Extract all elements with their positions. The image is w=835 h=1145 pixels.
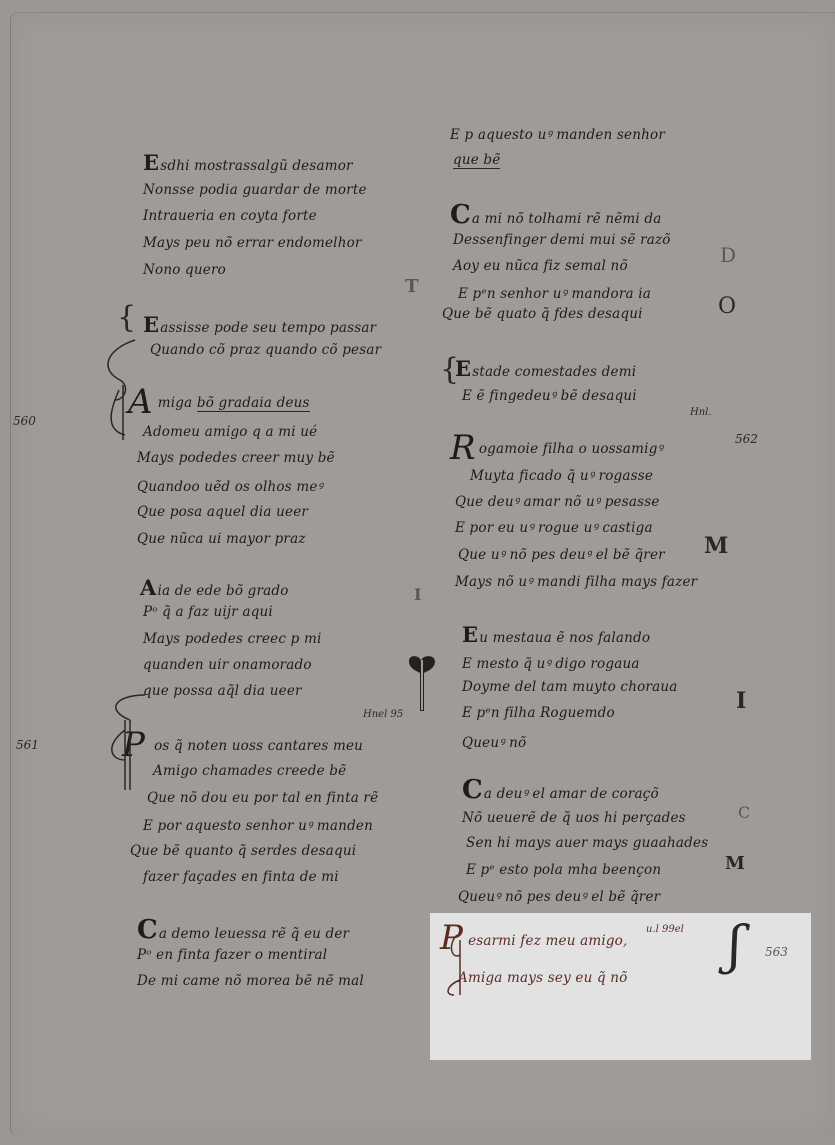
verse-line: E pᵉn filha Roguemdo [462,705,615,721]
verse-line: que bẽ [453,152,500,169]
margin-mark: I [736,688,746,714]
verse-line: Mays podedes creer muy bẽ [137,450,335,466]
margin-mark: M [704,533,728,559]
verse-line: E pᵉ esto pola mha beençon [466,862,661,878]
verse-line: Doyme del tam muyto choraua [462,679,677,695]
verse-line: Ca mi nõ tolhami rẽ nẽmi da [450,200,662,230]
folio-number: 561 [16,738,39,752]
verse-line: Nonsse podia guardar de morte [143,182,367,198]
margin-mark: O [718,294,736,319]
verse-line: E mesto q̃ uꝰ digo rogaua [462,654,640,672]
verse-line: Intraueria en coyta forte [143,208,317,224]
verse-line: Queuꝰ nõ pes deuꝰ el bẽ q̃rer [458,887,660,905]
verse-line: Que deuꝰ amar nõ uꝰ pesasse [455,492,660,510]
verse-line: Pᵒ en finta fazer o mentiral [137,947,327,963]
verse-line: Eu mestaua ẽ nos falando [462,622,650,647]
verse-line: E por eu uꝰ rogue uꝰ castiga [455,518,653,536]
verse-line: Pᵒ q̃ a faz uijr aqui [143,604,273,620]
margin-note: u.l 99el [646,924,684,935]
verse-line: Que uꝰ nõ pes deuꝰ el bẽ q̃rer [458,545,665,563]
verse-line: Que posa aquel dia ueer [137,504,308,520]
verse-line: Que bẽ quato q̃ fdes desaqui [442,306,643,322]
verse-line: Sen hi mays auer mays guaahades [466,835,708,851]
verse-line: E por aquesto senhor uꝰ manden [143,816,373,834]
verse-line: Rogamoie filha o uossamigꝰ [450,428,663,468]
verse-line: E pᵉn senhor uꝰ mandora ia [458,284,651,302]
verse-line: Aoy eu nũca fiz semal nõ [453,258,628,274]
verse-line: Estade comestades demi [455,356,636,381]
verse-line: Amiga bõ gradaia deus [128,382,310,422]
folio-number: 563 [765,945,788,959]
verse-line: Que nõ dou eu por tal en finta rẽ [147,790,378,806]
paragraph-mark: ʃ [728,916,742,976]
verse-line: Nõ ueuerẽ de q̃ uos hi perçades [462,810,686,826]
verse-line: Ca demo leuessa rẽ q̃ eu der [137,915,349,945]
verse-line: Muyta ficado q̃ uꝰ rogasse [470,466,653,484]
margin-note: Hnel 95 [363,709,403,720]
margin-mark: I [414,585,421,604]
folio-number: 560 [13,414,36,428]
flourish-icon [442,930,492,1005]
margin-mark: C [738,803,750,822]
verse-line: Queuꝰ nõ [462,733,526,751]
verse-line: Amigo chamades creede bẽ [153,763,346,779]
margin-mark: T [405,276,418,297]
verse-line: Aia de ede bõ grado [140,575,289,600]
verse-line: Eassisse pode seu tempo passar [143,312,376,337]
verse-line: Mays nõ uꝰ mandi filha mays fazer [455,572,697,590]
verse-line: Esdhi mostrassalgũ desamor [143,150,353,175]
verse-line: Mays podedes creec p mi [143,631,321,647]
verse-line: Ca deuꝰ el amar de coraçõ [462,775,659,805]
verse-line: E ẽ fingedeuꝰ bẽ desaqui [462,386,637,404]
verse-line: E p aquesto uꝰ manden senhor [450,125,665,143]
verse-line: Que nũca ui mayor praz [137,531,306,547]
verse-line: Dessenfinger demi mui sẽ razõ [453,232,671,248]
verse-line: Nono quero [143,262,226,278]
flourish-icon [95,690,155,800]
ink-blot-ornament [407,655,437,715]
folio-number: 562 [735,432,758,446]
verse-line: Pos q̃ noten uoss cantares meu [122,725,363,765]
verse-line: quanden uir onamorado [143,657,312,673]
flourish-icon [95,330,155,460]
verse-line: Adomeu amigo q a mi ué [143,424,317,440]
margin-mark: D [720,243,736,267]
verse-line: De mi came nõ morea bẽ nẽ mal [137,973,364,989]
verse-line: Quandoo uẽd os olhos meꝰ [137,477,323,495]
margin-mark: M [725,853,745,874]
verse-line: Quando cõ praz quando cõ pesar [150,342,381,358]
verse-line: Que bẽ quanto q̃ serdes desaqui [130,843,356,859]
margin-note: Hnl. [690,407,712,418]
verse-line: Mays peu nõ errar endomelhor [143,235,362,251]
verse-line: fazer façades en finta de mi [143,869,339,885]
verse-line: que possa aq̃l dia ueer [143,683,302,699]
